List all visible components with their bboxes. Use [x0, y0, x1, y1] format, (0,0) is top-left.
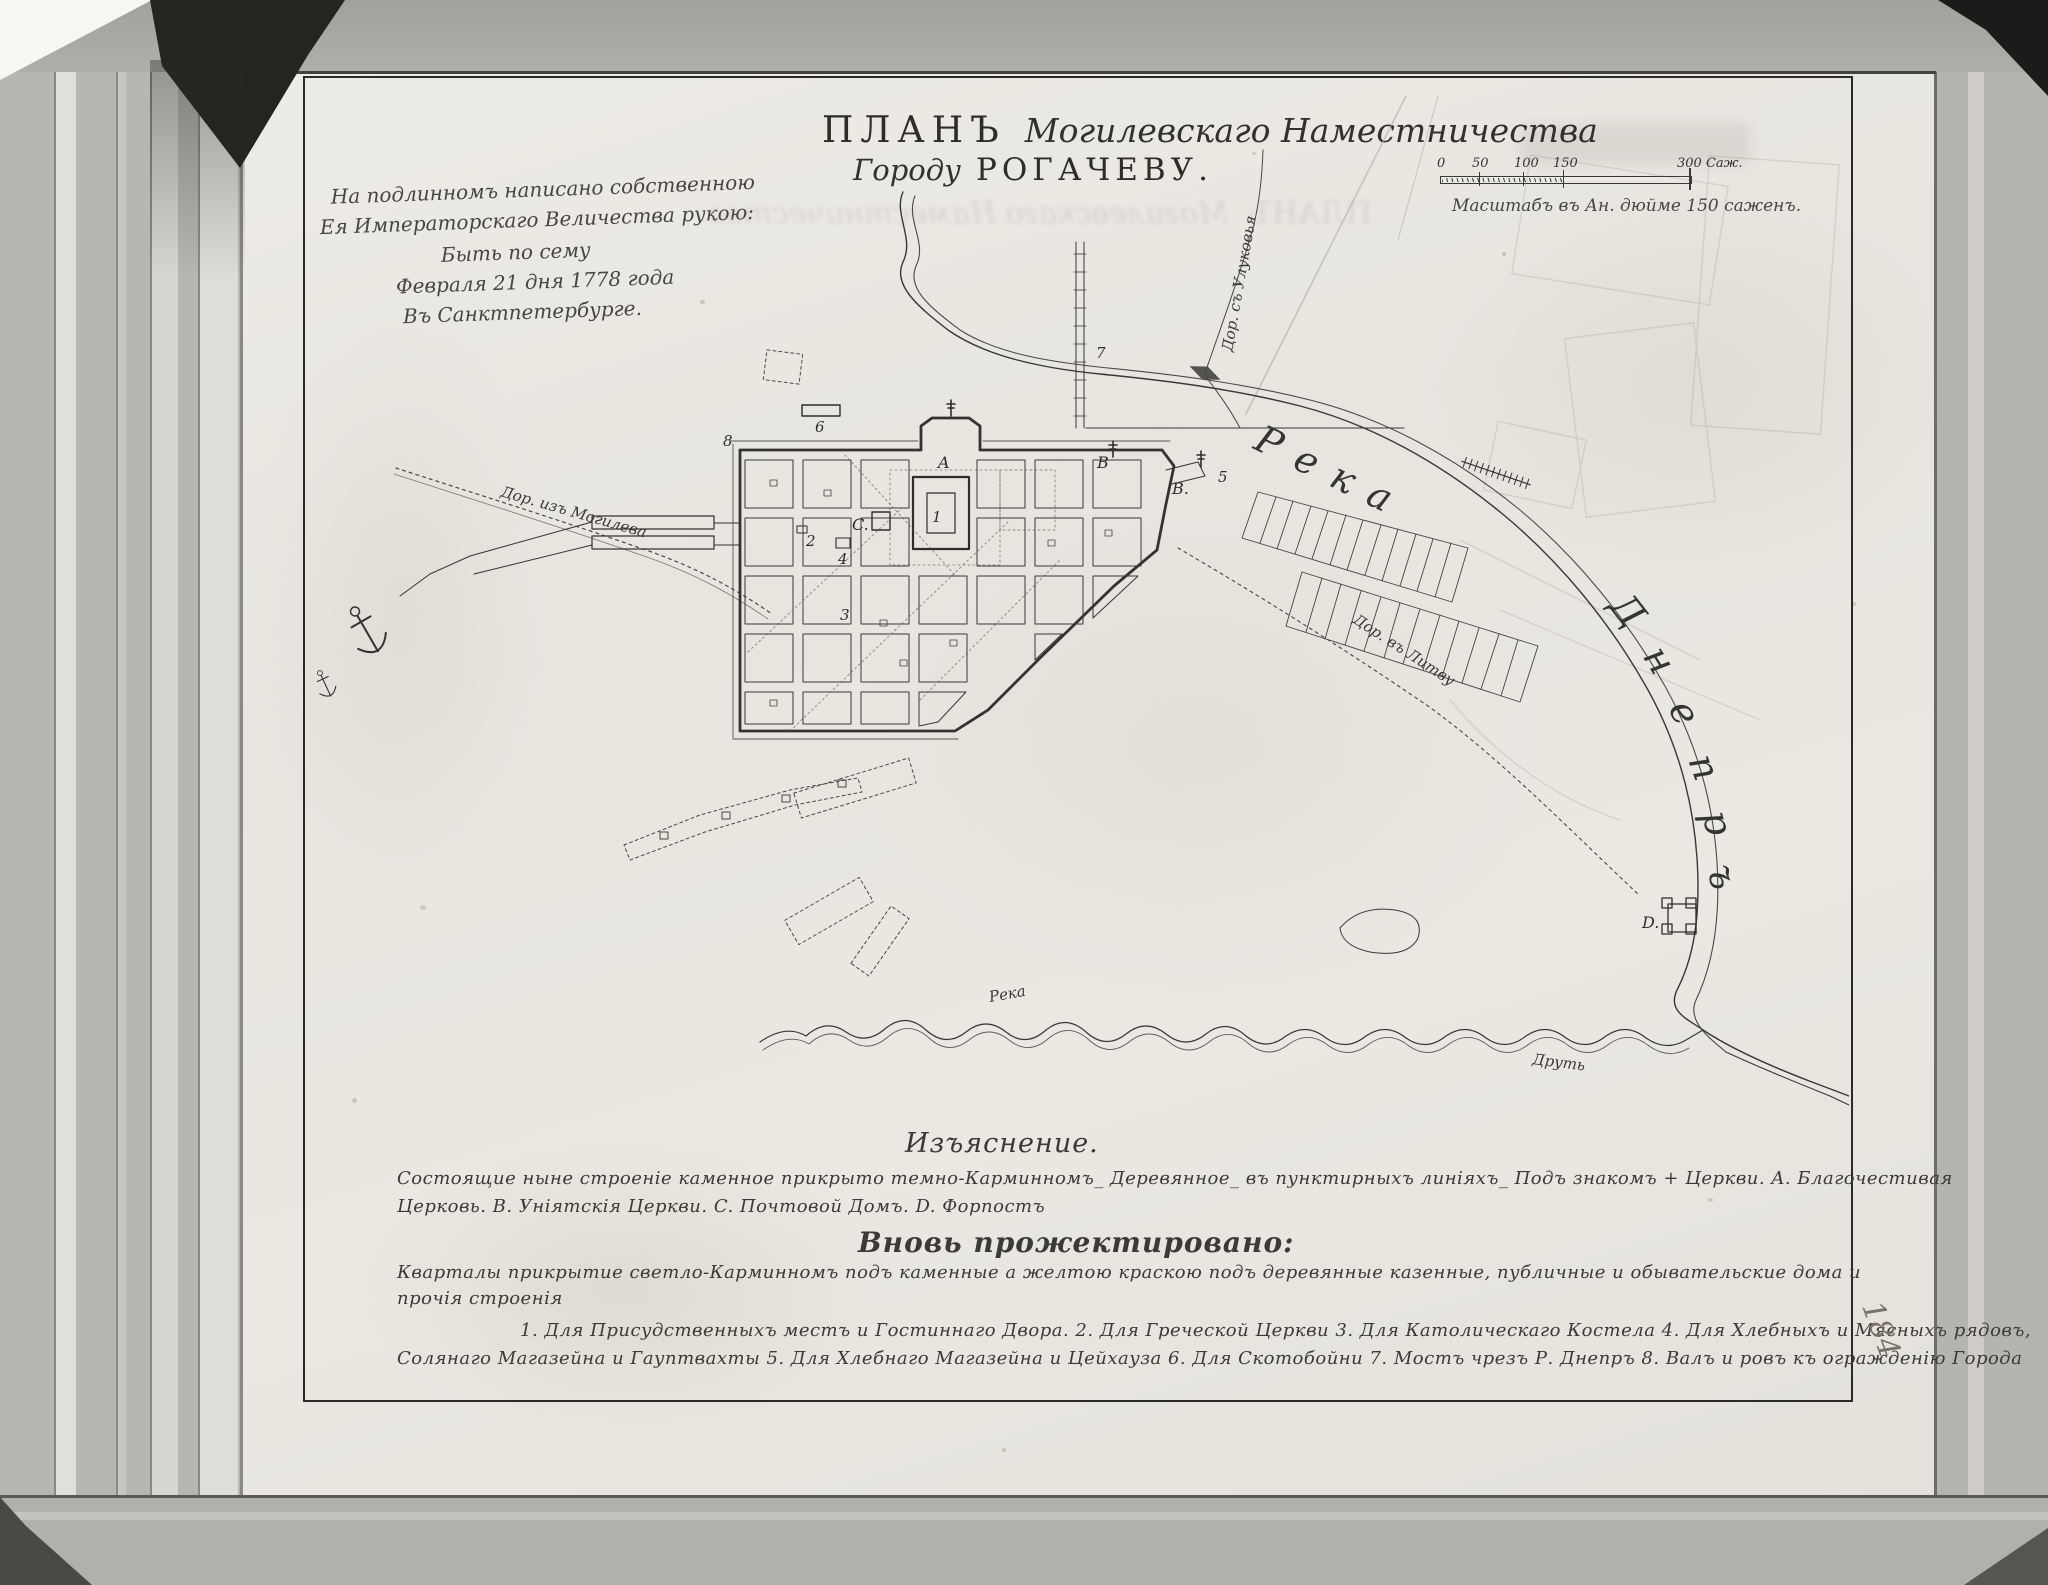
legend-para1-line2: Церковь. B. Уніятскія Церкви. C. Почтово… [397, 1196, 1045, 1217]
marker-7: 7 [1096, 344, 1106, 362]
suburb-dotted-outlines [624, 758, 916, 976]
road-mogilev-label: Дор. изъ Могилева [498, 482, 649, 541]
bottom-backing-streak [0, 1512, 2048, 1520]
page-edge-seam [150, 72, 152, 1497]
dnieper-letter: н [1634, 637, 1685, 682]
marker-b-town: B [1096, 453, 1109, 472]
page-edge-strip [200, 72, 238, 1497]
road-from-mogilev [394, 468, 772, 619]
marker-d: D. [1641, 913, 1659, 932]
slaughterhouse-6 [802, 405, 840, 416]
dnieper-letter: р [1693, 806, 1742, 840]
legend-para2-line1: Кварталы прикрытие светло-Карминномъ под… [397, 1262, 1861, 1283]
small-anchor-icon [311, 667, 339, 700]
sheet-right-shadow [1934, 60, 1937, 1497]
marker-c: C. [852, 515, 869, 534]
drut-river [760, 1020, 1703, 1053]
page-edge-strip [118, 72, 126, 1497]
dotted-square [763, 350, 802, 384]
marker-5: 5 [1218, 468, 1228, 486]
river-island [1340, 909, 1419, 953]
fold-shadow-topleft [150, 60, 245, 280]
bleed-ghost-shapes [1450, 155, 1839, 820]
marker-1: 1 [932, 508, 942, 526]
legend-list-line2: Солянаго Магазейна и Гауптвахты 5. Для Х… [397, 1348, 2022, 1369]
dnieper-letter: ъ [1699, 861, 1746, 892]
right-edge-streak [1968, 60, 1984, 1497]
marker-2: 2 [805, 532, 816, 550]
page-edge-strip [152, 72, 178, 1497]
page-edge-seam [54, 72, 56, 1497]
scanned-map-page: ПЛАНЪ Могилевскаго Наместничества ПЛАНЪ … [0, 0, 2048, 1585]
road-to-litva [1178, 548, 1640, 896]
legend-heading-projected: Вновь прожектировано: [858, 1226, 1295, 1259]
dnieper-letter: п [1680, 748, 1730, 786]
legend-heading-explanation: Изъяснение. [905, 1128, 1099, 1159]
drut-word1-label: Река [987, 982, 1027, 1006]
road-ulukovye-label: Дор. съ Улуковья [1218, 214, 1260, 353]
foxing-spot [1002, 1448, 1006, 1452]
marker-a: A [936, 453, 950, 472]
city-grid [745, 460, 1141, 726]
marker-8: 8 [723, 432, 733, 450]
marker-4: 4 [837, 550, 848, 568]
legend-para2-line2: прочія строенія [397, 1288, 563, 1309]
page-edge-seam [116, 72, 118, 1497]
fort-d-icon [1662, 898, 1696, 934]
marker-6: 6 [815, 418, 825, 436]
western-rows [400, 516, 740, 596]
structure-4 [836, 538, 850, 548]
page-edge-seam [198, 72, 200, 1497]
dnieper-river [900, 192, 1849, 1105]
old-street-traces [748, 455, 1060, 731]
marker-b-spur: B. [1171, 479, 1189, 498]
sheet-top-edge-line [243, 71, 1936, 74]
bridge-fort-icon [1187, 360, 1224, 387]
anchor-icon [339, 600, 392, 660]
dnieper-letter: Д [1600, 583, 1656, 637]
crease-lines [1246, 96, 1438, 414]
dnieper-letters: Д н е п р ъ [1600, 583, 1747, 892]
drut-word2-label: Друть [1531, 1050, 1587, 1074]
legend-list-line1: 1. Для Присудственныхъ местъ и Гостиннаг… [520, 1320, 2031, 1341]
road-litva-label: Дор. въ Литву [1349, 610, 1459, 690]
legend-para1-line1: Состоящие ныне строеніе каменное прикрыт… [397, 1168, 1953, 1189]
marker-3: 3 [840, 606, 850, 624]
page-edge-strip [56, 72, 76, 1497]
